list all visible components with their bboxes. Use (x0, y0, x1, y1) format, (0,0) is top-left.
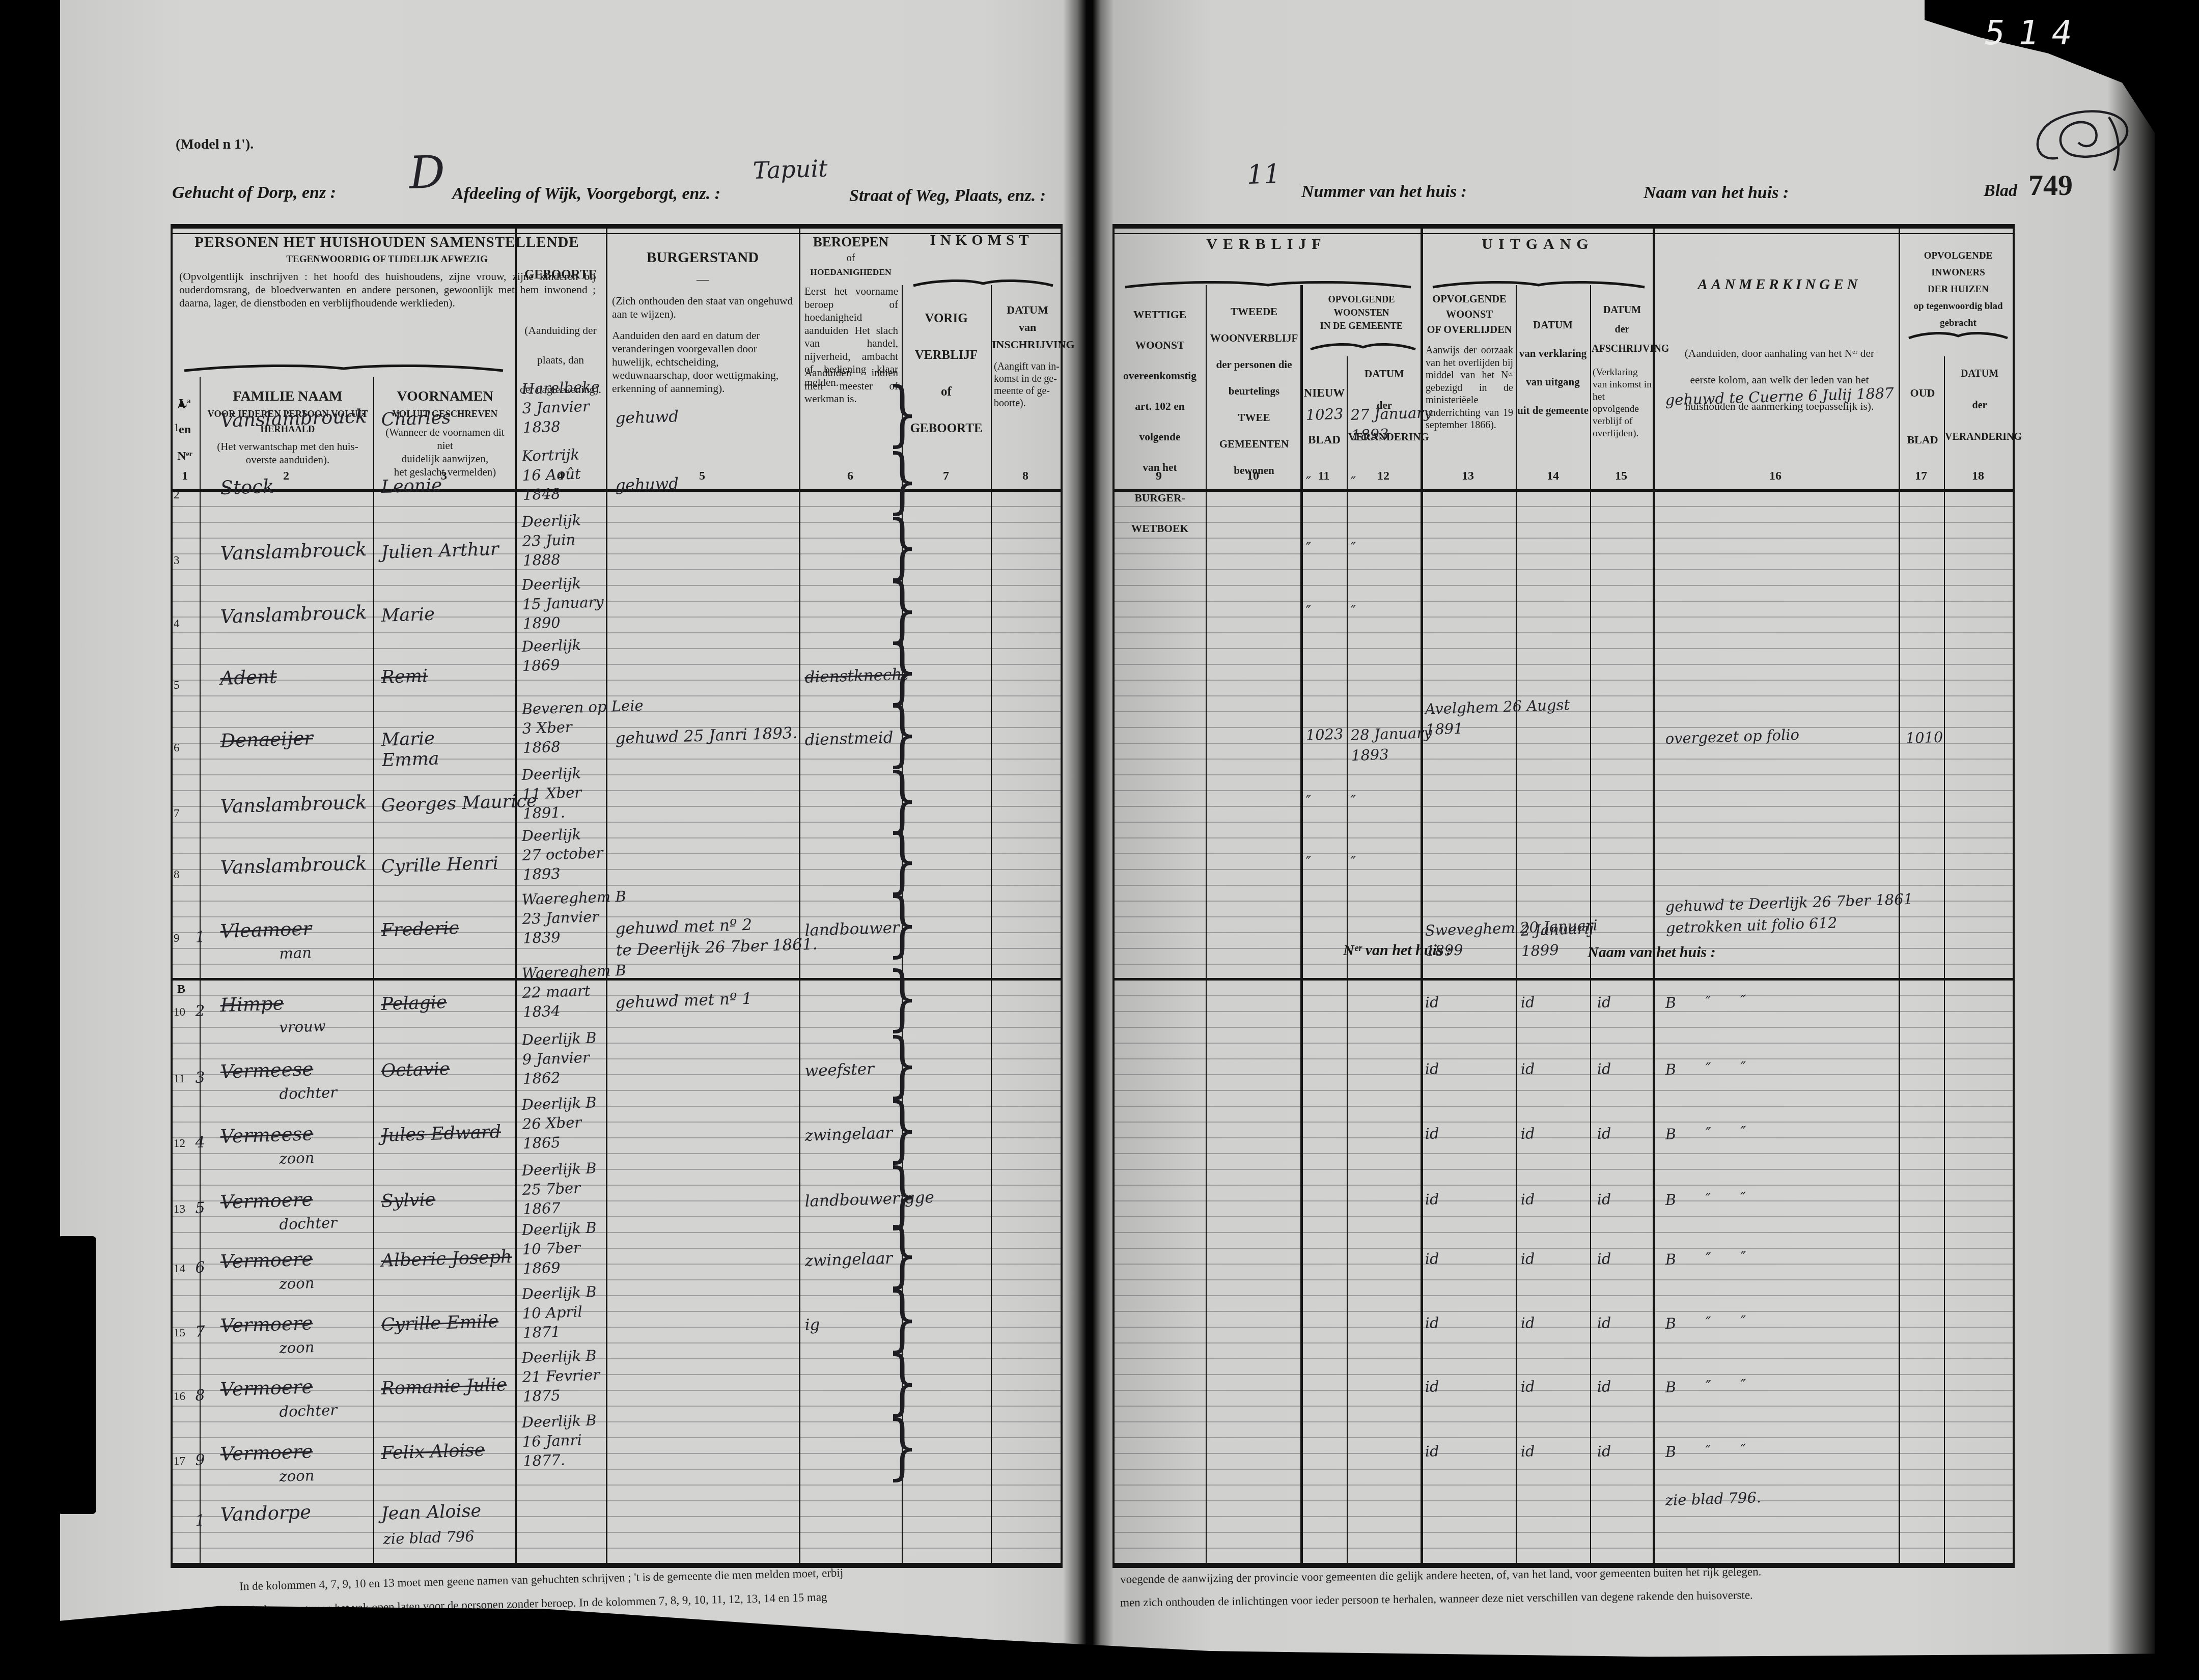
row-16-c16: B ″ ″ (1665, 1374, 1746, 1398)
row-11-c14: id (1520, 1058, 1535, 1079)
row-4-c11: ″ (1305, 601, 1312, 621)
col5-title: BURGERSTAND (608, 249, 797, 266)
row-5-fn: Remi (381, 666, 428, 688)
row-12-c16: B ″ ″ (1665, 1121, 1746, 1145)
row-12-c13: id (1425, 1123, 1439, 1144)
row-15-rel: zoon (279, 1338, 315, 1357)
row-17-c13: id (1425, 1441, 1439, 1462)
col3-title: VOORNAMEN (377, 388, 513, 405)
column-number: 15 (1615, 469, 1627, 483)
table-line-v (1944, 356, 1945, 1565)
huisnummer-value-handwritten: 11 (1246, 159, 1281, 190)
col5-note1: (Zich onthouden den staat van ongehuwd a… (612, 294, 793, 321)
row-14-c15: id (1597, 1248, 1611, 1269)
header-brace-icon (1310, 341, 1416, 352)
column-number: 12 (1377, 469, 1389, 483)
column-number: 9 (1156, 469, 1162, 483)
row-13-c16: B ″ ″ (1665, 1187, 1746, 1211)
row-9-civil: gehuwd met nº 2 te Deerlijk 26 7ber 1861… (615, 912, 818, 961)
row-8-name: Vanslambrouck (220, 852, 367, 879)
row-11-c16: B ″ ″ (1665, 1056, 1746, 1080)
row-7-name: Vanslambrouck (220, 791, 367, 818)
row-17-c16: B ″ ″ (1665, 1439, 1746, 1463)
row-16-rel: dochter (279, 1401, 338, 1420)
row-9-name: Vleamoer (220, 917, 312, 942)
row-1-birth: Harelbeke 3 Janvier 1838 (521, 377, 601, 437)
household-brace-icon: } (887, 882, 918, 965)
row-16-c13: id (1425, 1376, 1439, 1397)
row-13-nrHw: 5 (195, 1199, 205, 1217)
row-9-birth: Waereghem B 23 Janvier 1839 (521, 887, 628, 948)
col16-title: AANMERKINGEN (1661, 276, 1898, 293)
table-line-v (1347, 356, 1348, 1565)
row-15-nrHw: 7 (195, 1323, 205, 1341)
row-15-c14: id (1520, 1312, 1535, 1333)
row-11-nrHw: 3 (195, 1069, 205, 1087)
row-13-rel: dochter (279, 1214, 338, 1233)
row-2-nr: 2 (174, 488, 180, 501)
row-4-nr: 4 (174, 617, 180, 630)
row-11-c13: id (1425, 1058, 1439, 1079)
column-number: 18 (1972, 469, 1984, 483)
blad-number: 749 (2028, 168, 2073, 202)
row-14-birth: Deerlijk B 10 7ber 1869 (521, 1218, 598, 1278)
row-2-civil: gehuwd (615, 473, 679, 496)
row-11-rel: dochter (279, 1083, 338, 1103)
table-line-v (799, 224, 800, 1565)
gehucht-value-handwritten: D (408, 146, 446, 199)
row-15-fn: Cyrille Emile (381, 1311, 499, 1335)
row-11-nr: 11 (174, 1072, 185, 1085)
row-10-c13: id (1425, 992, 1439, 1013)
row-14-c14: id (1520, 1248, 1535, 1269)
header-brace-icon (183, 362, 504, 374)
table-line-v (2013, 224, 2015, 1565)
table-line-h (1112, 233, 2015, 234)
huisnummer-label: Nummer van het huis : (1301, 182, 1467, 202)
gehucht-label: Gehucht of Dorp, enz : (172, 183, 336, 203)
row-13-fn: Sylvie (381, 1190, 436, 1212)
row-14-nrHw: 6 (195, 1258, 205, 1277)
header-brace-icon (912, 277, 1054, 289)
col14-header: DATUM van verklaring van uitgang uit de … (1517, 311, 1589, 425)
column-number: 7 (943, 469, 949, 483)
microfilm-frame-counter: 514 (1981, 13, 2089, 52)
row-18-fnNote: zie blad 796 (383, 1527, 475, 1548)
row-8-birth: Deerlijk 27 october 1893 (521, 824, 604, 884)
row-9-c16: gehuwd te Deerlijk 26 7ber 1861 getrokke… (1665, 888, 1914, 939)
header-brace-icon (1124, 279, 1412, 290)
col4-title: GEBOORTE (517, 268, 604, 282)
uitgang-group-title: UITGANG (1422, 236, 1654, 253)
row-3-nr: 3 (174, 554, 180, 567)
section-b-label: B (177, 983, 185, 996)
row-6-nr: 6 (174, 741, 180, 754)
row-1-c11: 1023 (1305, 404, 1344, 425)
table-line-v (1061, 224, 1063, 1565)
left-group-subtitle: TEGENWOORDIG OF TIJDELIJK AFWEZIG (176, 254, 598, 265)
col13-note: Aanwijs der oorzaak van het overlijden b… (1426, 344, 1513, 432)
row-10-c16: B ″ ″ (1665, 990, 1746, 1014)
row-9-fn: Frederic (381, 918, 459, 941)
row-1-name: Vanslambrouck (220, 405, 367, 432)
row-13-c15: id (1597, 1189, 1611, 1210)
group-11-12-title: OPVOLGENDE WOONSTEN IN DE GEMEENTE (1302, 293, 1421, 333)
row-1-nr: 1 (174, 421, 180, 434)
row-2-c12: ″ (1350, 472, 1356, 492)
table-line-v (171, 224, 173, 1565)
table-line-v (991, 285, 992, 1565)
row-13-c13: id (1425, 1189, 1439, 1210)
row-3-c12: ″ (1350, 538, 1356, 558)
row-2-c11: ″ (1305, 472, 1312, 492)
row-15-occ: ig (804, 1315, 820, 1334)
row-9-c14: 2 Januarij 1899 (1520, 918, 1595, 961)
row-10-c14: id (1520, 992, 1535, 1013)
row-10-name: Himpe (220, 992, 284, 1016)
row-3-c11: ″ (1305, 538, 1312, 558)
row-5-c13: Avelghem 26 Augst 1891 (1425, 694, 1571, 740)
row-18-c16: zie blad 796. (1665, 1487, 1762, 1511)
row-9-rel: man (279, 944, 312, 962)
column-number: 6 (847, 469, 853, 483)
row-1-civil: gehuwd (615, 406, 679, 429)
row-9-occ: landbouwer (804, 918, 900, 940)
row-14-rel: zoon (279, 1274, 315, 1293)
row-12-fn: Jules Edward (381, 1122, 502, 1146)
row-4-name: Vanslambrouck (220, 601, 367, 628)
row-13-nr: 13 (174, 1202, 185, 1216)
row-11-c15: id (1597, 1058, 1611, 1079)
row-10-nrHw: 2 (195, 1002, 205, 1020)
straat-label: Straat of Weg, Plaats, enz. : (849, 186, 1046, 206)
afdeeling-value-handwritten: Tapuit (753, 154, 828, 184)
row-12-c14: id (1520, 1123, 1535, 1144)
row-2-birth: Kortrijk 16 Août 1848 (521, 444, 581, 505)
column-number: 13 (1462, 469, 1474, 483)
row-9-nr: 9 (174, 932, 180, 945)
row-12-birth: Deerlijk B 26 Xber 1865 (521, 1093, 598, 1153)
row-17-name: Vermoere (220, 1440, 313, 1465)
table-line-v (373, 377, 374, 1565)
row-14-c13: id (1425, 1248, 1439, 1269)
table-line-h (1112, 489, 2015, 492)
column-number: 2 (283, 469, 289, 483)
row-16-name: Vermoere (220, 1376, 313, 1401)
table-line-v (1300, 285, 1303, 1565)
row-1-fn: Charles (381, 408, 451, 430)
column-number: 10 (1247, 469, 1259, 483)
col17-header: OUD BLAD (1902, 370, 1943, 463)
table-line-h (171, 233, 1063, 234)
afdeeling-label: Afdeeling of Wijk, Voorgeborgt, enz. : (452, 184, 720, 204)
row-3-fn: Julien Arthur (381, 539, 499, 563)
col6-sub: HOEDANIGHEDEN (801, 267, 900, 277)
header-brace-icon (1432, 279, 1646, 290)
column-number: 1 (182, 469, 188, 483)
row-12-nrHw: 4 (195, 1133, 205, 1152)
row-2-fn: Leonie (381, 475, 442, 497)
row-10-rel: vrouw (279, 1017, 326, 1036)
col6-of: of (801, 253, 900, 264)
row-17-rel: zoon (279, 1467, 315, 1485)
row-7-nr: 7 (174, 807, 180, 820)
column-number: 16 (1769, 469, 1782, 483)
row-6-c16: overgezet op folio (1665, 724, 1800, 749)
row-5-nr: 5 (174, 679, 180, 692)
row-6-name: Denaeijer (220, 727, 314, 752)
row-4-birth: Deerlijk 15 January 1890 (521, 573, 604, 633)
row-8-fn: Cyrille Henri (381, 853, 499, 877)
row-15-name: Vermoere (220, 1312, 313, 1337)
row-11-birth: Deerlijk B 9 Janvier 1862 (521, 1028, 598, 1088)
row-12-name: Vermeese (220, 1123, 314, 1147)
mid-huisnaam-label: Naam van het huis : (1588, 944, 1716, 961)
row-14-name: Vermoere (220, 1248, 313, 1273)
row-16-fn: Romanie Julie (381, 1375, 507, 1399)
register-scan: (Model n 1'). Gehucht of Dorp, enz : D A… (0, 0, 2199, 1680)
row-16-c15: id (1597, 1376, 1611, 1397)
row-15-birth: Deerlijk B 10 April 1871 (521, 1282, 598, 1342)
page-edge-shadow (2108, 0, 2159, 1680)
row-18-nrHw: 1 (195, 1511, 205, 1530)
row-8-c11: ″ (1305, 852, 1312, 872)
row-16-nrHw: 8 (195, 1386, 205, 1405)
row-11-occ: weefster (804, 1060, 874, 1080)
table-line-v (1206, 285, 1207, 1565)
row-1-c12: 27 January 1893 (1350, 402, 1433, 445)
row-10-nr: 10 (174, 1005, 185, 1019)
row-4-c12: ″ (1350, 601, 1356, 621)
row-12-c15: id (1597, 1123, 1611, 1144)
book-gutter-shadow (1063, 0, 1114, 1680)
row-6-c12: 28 January 1893 (1350, 722, 1433, 766)
row-7-birth: Deerlijk 11 Xber 1891. (521, 763, 582, 823)
row-2-name: Stock (220, 475, 274, 499)
row-16-birth: Deerlijk B 21 Fevrier 1875 (521, 1346, 601, 1406)
table-line-h (1112, 1563, 2015, 1568)
row-6-c11: 1023 (1305, 724, 1344, 745)
table-line-h (171, 224, 1063, 229)
group-17-18-title: OPVOLGENDE INWONERS DER HUIZEN op tegenw… (1903, 247, 2014, 331)
row-17-nrHw: 9 (195, 1451, 205, 1469)
table-line-h (1112, 224, 2015, 229)
row-10-civil: gehuwd met nº 1 (615, 988, 753, 1014)
col15-note: (Verklaring van inkomst in het opvolgend… (1593, 367, 1653, 440)
row-8-c12: ″ (1350, 852, 1356, 872)
row-3-name: Vanslambrouck (220, 538, 367, 565)
row-18-name: Vandorpe (220, 1501, 312, 1526)
row-12-rel: zoon (279, 1149, 315, 1167)
ruled-lines-right (1114, 491, 2014, 1564)
col9-header: WETTIGE WOONST overeenkomstig art. 102 e… (1115, 299, 1205, 544)
column-number: 8 (1022, 469, 1028, 483)
row-10-c15: id (1597, 992, 1611, 1013)
row-13-c14: id (1520, 1189, 1535, 1210)
row-13-name: Vermoere (220, 1188, 313, 1213)
row-17-c14: id (1520, 1441, 1535, 1462)
col2-title: FAMILIE NAAM (204, 388, 372, 405)
row-14-occ: zwingelaar (804, 1249, 893, 1270)
verblijf-group-title: VERBLIJF (1112, 236, 1421, 253)
column-number: 14 (1547, 469, 1559, 483)
row-6-fn: Marie Emma (381, 728, 439, 771)
row-16-c14: id (1520, 1376, 1535, 1397)
row-12-occ: zwingelaar (804, 1124, 893, 1145)
row-17-c15: id (1597, 1441, 1611, 1462)
row-16-nr: 16 (174, 1390, 185, 1403)
row-9-nrHw: 1 (195, 928, 205, 946)
col6-title: BEROEPEN (801, 234, 900, 250)
row-10-fn: Pelagie (381, 992, 447, 1015)
section-a-label: A (177, 398, 186, 412)
row-17-fn: Felix Aloise (381, 1440, 485, 1464)
row-8-nr: 8 (174, 868, 180, 881)
col15-title: DATUM der AFSCHRIJVING (1592, 300, 1653, 358)
col8-title: DATUM van INSCHRIJVING (992, 301, 1063, 353)
row-15-c15: id (1597, 1312, 1611, 1333)
inkomst-group-title: INKOMST (904, 232, 1060, 249)
row-10-birth: Waereghem B 22 maart 1834 (521, 961, 628, 1022)
row-15-nr: 15 (174, 1326, 185, 1339)
row-6-occ: dienstmeid (804, 729, 894, 749)
blad-label: Blad (1984, 181, 2017, 201)
row-17-birth: Deerlijk B 16 Janri 1877. (521, 1410, 598, 1471)
col8-note: (Aangift van in- komst in de ge- meente … (994, 360, 1065, 409)
row-17-nr: 17 (174, 1454, 185, 1468)
col5-dash: — (608, 273, 797, 287)
row-14-c16: B ″ ″ (1665, 1246, 1746, 1270)
row-14-nr: 14 (174, 1262, 185, 1275)
column-number: 11 (1318, 469, 1330, 483)
col10-header: TWEEDE WOONVERBLIJF der personen die beu… (1208, 298, 1300, 484)
column-number: 5 (699, 469, 705, 483)
row-6-c17: 1010 (1905, 727, 1943, 748)
col5-note2: Aanduiden den aard en datum der verander… (612, 329, 793, 395)
table-line-h (171, 1563, 1063, 1568)
scan-border-left (0, 0, 60, 1680)
row-11-fn: Octavie (381, 1059, 450, 1081)
scan-clip-mark (58, 1236, 96, 1514)
col13-title: OPVOLGENDE WOONST OF OVERLIJDEN (1425, 292, 1514, 338)
left-group-title: PERSONEN HET HUISHOUDEN SAMENSTELLENDE (176, 234, 598, 251)
row-7-c11: ″ (1305, 791, 1312, 811)
row-18-fn: Jean Aloise (381, 1501, 482, 1524)
column-number: 17 (1915, 469, 1927, 483)
row-14-fn: Alberic Joseph (381, 1247, 512, 1271)
row-15-c16: B ″ ″ (1665, 1310, 1746, 1334)
row-7-c12: ″ (1350, 791, 1356, 811)
model-label: (Model n 1'). (176, 136, 254, 153)
col18-header: DATUM der VERANDERING (1945, 358, 2014, 453)
row-12-nr: 12 (174, 1137, 185, 1150)
household-brace-icon: } (887, 1405, 918, 1488)
col6-note2: Aanduiden indien men meester of werkman … (804, 367, 898, 406)
table-line-v (1653, 224, 1655, 1565)
row-11-name: Vermeese (220, 1058, 314, 1083)
row-15-c13: id (1425, 1312, 1439, 1333)
huisnaam-label: Naam van het huis : (1644, 183, 1789, 203)
col2-note: (Het verwantschap met den huis- overste … (204, 440, 372, 466)
row-5-birth: Deerlijk 1869 (521, 635, 582, 676)
row-5-name: Adent (220, 666, 277, 689)
row-13-birth: Deerlijk B 25 7ber 1867 (521, 1158, 598, 1219)
table-line-h (1112, 978, 2015, 981)
header-brace-icon (1908, 330, 2009, 341)
table-line-v (515, 224, 517, 1565)
scan-border-right (2155, 0, 2199, 1680)
row-4-fn: Marie (381, 604, 435, 626)
row-3-birth: Deerlijk 23 Juin 1888 (521, 510, 582, 570)
